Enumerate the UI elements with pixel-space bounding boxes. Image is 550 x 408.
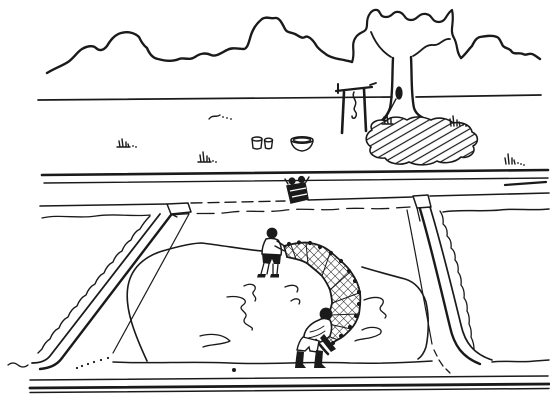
trunk-knot bbox=[395, 86, 402, 99]
paper-background bbox=[0, 0, 550, 408]
illustration-page bbox=[0, 0, 550, 408]
worker-standing-head bbox=[267, 228, 278, 239]
illustration-canvas bbox=[0, 0, 550, 408]
